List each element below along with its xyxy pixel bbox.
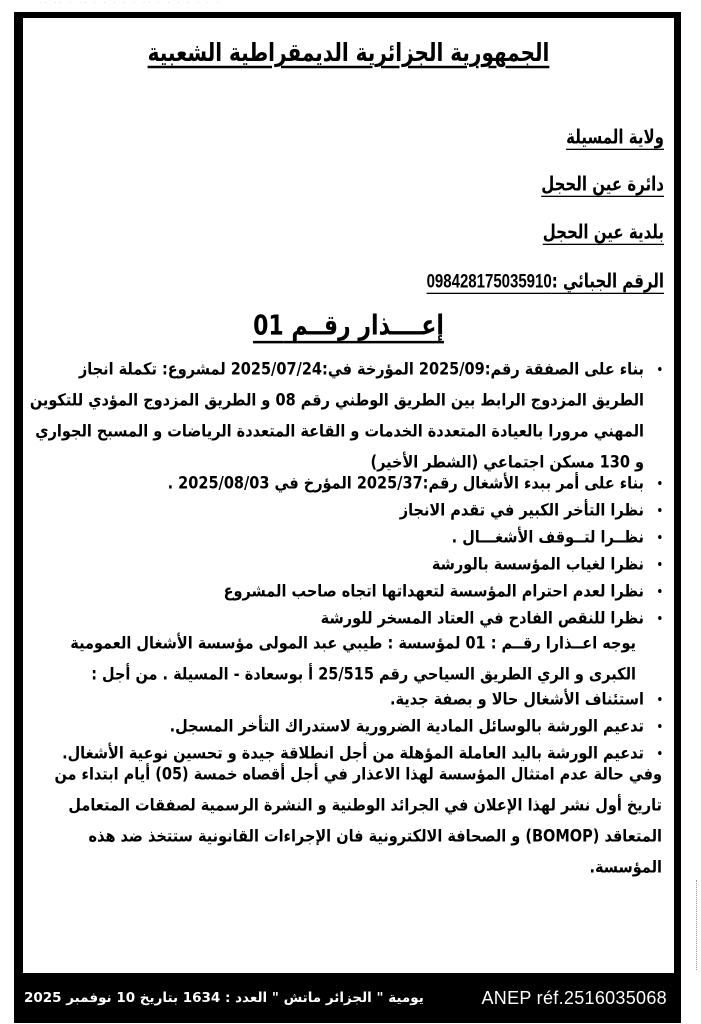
header-daira: دائرة عين الحجل — [541, 172, 664, 195]
header-tax-id: الرقم الجبائي :098428175035910 — [427, 269, 664, 292]
scan-artifact: ·· ·· · ·· · · · · · ·· · · · · · · · — [40, 0, 360, 8]
tax-id-value: 098428175035910 — [427, 271, 552, 293]
header-baladiya: بلدية عين الحجل — [543, 220, 664, 243]
required-actions-list: •استئناف الأشغال حالا و بصفة جدية. •تدعي… — [23, 687, 672, 768]
notice-body: •بناء على الصفقة رقم:2025/09 المؤرخة في:… — [23, 363, 674, 876]
tax-id-label: الرقم الجبائي : — [552, 269, 664, 292]
notice-document: الجمهورية الجزائرية الديمقراطية الشعبية … — [23, 18, 674, 968]
publication-info: يومية " الجزائر ماتش " العدد : 1634 بتار… — [24, 990, 424, 1006]
publication-footer: يومية " الجزائر ماتش " العدد : 1634 بتار… — [14, 973, 681, 1023]
bullet-icon: • — [657, 355, 663, 386]
scan-edge-artifact — [695, 880, 697, 970]
closing-paragraph: وفي حالة عدم امتثال المؤسسة لهذا الاعذار… — [23, 760, 672, 884]
republic-title: الجمهورية الجزائرية الديمقراطية الشعبية — [23, 37, 674, 67]
list-item: •بناء على الصفقة رقم:2025/09 المؤرخة في:… — [23, 355, 672, 479]
anep-reference: ANEP réf.2516035068 — [481, 988, 667, 1009]
header-wilaya: ولاية المسيلة — [566, 125, 664, 148]
addressee-paragraph: يوجه اعــذارا رقــم : 01 لمؤسسة : طيبي ع… — [23, 629, 672, 691]
grounds-list: •بناء على الصفقة رقم:2025/09 المؤرخة في:… — [23, 363, 672, 633]
notice-title: إعــــذار رقــم 01 — [23, 311, 674, 342]
